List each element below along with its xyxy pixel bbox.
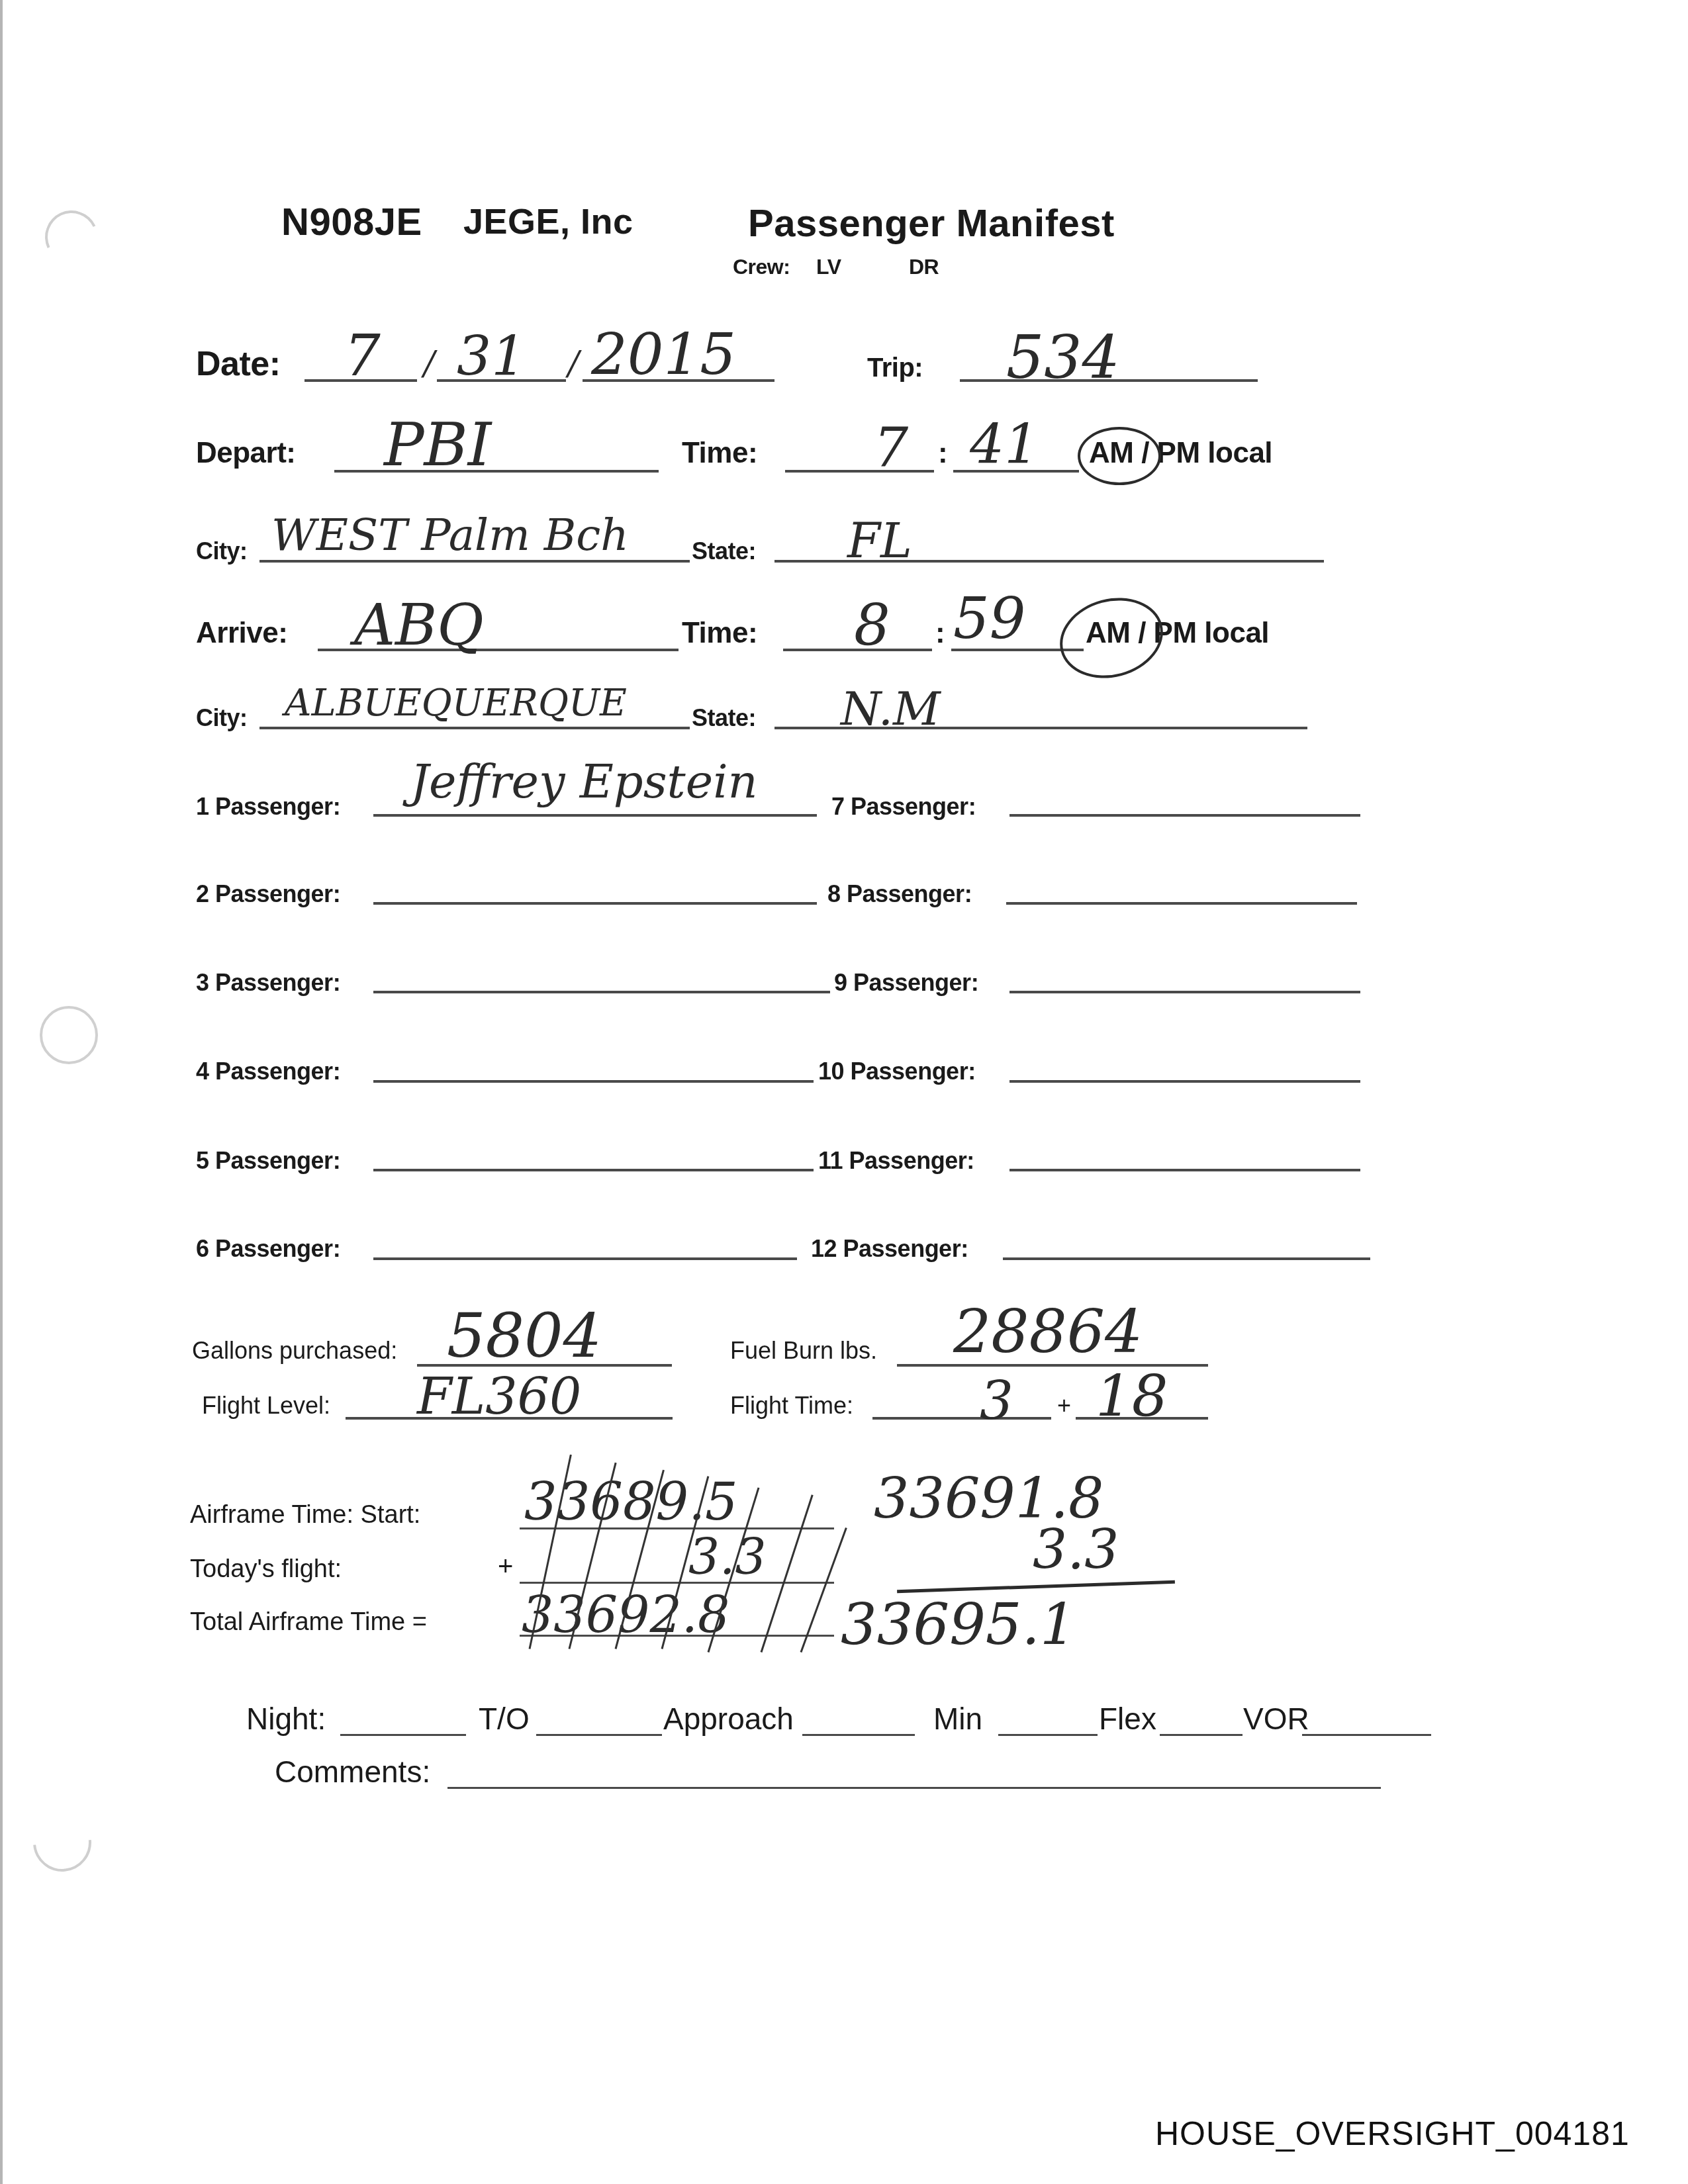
passenger-9-label: 9 Passenger:: [834, 969, 978, 997]
passenger-4-label: 4 Passenger:: [196, 1058, 340, 1085]
passenger-6-line: [373, 1257, 797, 1260]
depart-hour-value[interactable]: 7: [874, 417, 908, 480]
min-line: [998, 1734, 1098, 1736]
arrive-city-value[interactable]: ALBUEQUERQUE: [285, 682, 627, 725]
takeoff-label: T/O: [479, 1701, 530, 1737]
arrive-city-line: [259, 727, 690, 729]
takeoff-line: [536, 1734, 662, 1736]
passenger-12-line: [1003, 1257, 1370, 1260]
flight-level-label: Flight Level:: [202, 1392, 330, 1420]
todays-flight-label: Today's flight:: [190, 1555, 342, 1584]
date-label: Date:: [196, 344, 281, 384]
flex-label: Flex: [1099, 1701, 1156, 1737]
fuel-burn-value[interactable]: 28864: [953, 1297, 1143, 1367]
vor-label: VOR: [1243, 1701, 1309, 1737]
airframe-plus-sign: +: [498, 1552, 513, 1582]
passenger-7-line: [1009, 814, 1360, 817]
depart-city-label: City:: [196, 537, 248, 565]
passenger-3-line: [373, 991, 830, 993]
arrive-state-value[interactable]: N.M: [841, 682, 941, 736]
passenger-4-line: [373, 1080, 814, 1083]
flight-level-value[interactable]: FL360: [417, 1367, 581, 1426]
passenger-1-label: 1 Passenger:: [196, 793, 340, 821]
depart-time-colon: :: [938, 437, 947, 470]
night-line: [340, 1734, 466, 1736]
passenger-7-label: 7 Passenger:: [831, 793, 976, 821]
night-label: Night:: [246, 1701, 326, 1737]
flight-time-label: Flight Time:: [730, 1392, 853, 1420]
depart-hour-line: [785, 470, 934, 473]
depart-label: Depart:: [196, 437, 296, 470]
fuel-burn-label: Fuel Burn lbs.: [730, 1337, 877, 1365]
depart-minute-value[interactable]: 41: [970, 414, 1039, 477]
hole-punch-bottom: [21, 1801, 103, 1884]
hole-punch-top: [38, 203, 106, 271]
crew-member-1: LV: [816, 255, 841, 279]
passenger-11-label: 11 Passenger:: [818, 1147, 974, 1175]
arrive-label: Arrive:: [196, 617, 287, 650]
depart-line: [334, 470, 659, 473]
flex-line: [1160, 1734, 1243, 1736]
total-airframe-label: Total Airframe Time =: [190, 1608, 427, 1637]
arrive-hour-value[interactable]: 8: [854, 592, 890, 659]
arrive-am-circle: [1051, 587, 1172, 690]
comments-line: [447, 1787, 1381, 1789]
company-name: JEGE, Inc: [463, 201, 633, 242]
bates-stamp: HOUSE_OVERSIGHT_004181: [1155, 2115, 1630, 2153]
passenger-9-line: [1009, 991, 1360, 993]
arrive-state-label: State:: [692, 704, 756, 732]
depart-am-circle: [1078, 427, 1161, 485]
passenger-2-label: 2 Passenger:: [196, 880, 340, 908]
trip-label: Trip:: [867, 353, 923, 383]
arrive-city-label: City:: [196, 704, 248, 732]
passenger-8-line: [1006, 902, 1357, 905]
hole-punch-middle: [40, 1006, 98, 1064]
depart-state-value[interactable]: FL: [847, 513, 912, 569]
passenger-10-line: [1009, 1080, 1360, 1083]
passenger-1-line: [373, 814, 817, 817]
passenger-12-label: 12 Passenger:: [811, 1235, 968, 1263]
passenger-10-label: 10 Passenger:: [818, 1058, 976, 1085]
airframe-total-value[interactable]: 33695.1: [841, 1592, 1076, 1658]
date-month-value[interactable]: 7: [344, 323, 381, 389]
min-label: Min: [933, 1701, 982, 1737]
airframe-start-label: Airframe Time: Start:: [190, 1501, 420, 1529]
passenger-3-label: 3 Passenger:: [196, 969, 340, 997]
airframe-today-line: [520, 1582, 834, 1584]
crew-member-2: DR: [909, 255, 939, 279]
form-title: Passenger Manifest: [748, 201, 1115, 246]
passenger-6-label: 6 Passenger:: [196, 1235, 340, 1263]
arrive-airport-value[interactable]: ABQ: [354, 592, 484, 659]
gallons-purchased-label: Gallons purchased:: [192, 1337, 397, 1365]
passenger-5-line: [373, 1169, 814, 1171]
crew-label: Crew:: [733, 255, 790, 279]
passenger-5-label: 5 Passenger:: [196, 1147, 340, 1175]
flight-time-hours-value[interactable]: 3: [980, 1370, 1013, 1432]
airframe-today-value[interactable]: 3.3: [1033, 1519, 1119, 1582]
flight-time-hours-line: [872, 1417, 1051, 1420]
approach-line: [802, 1734, 915, 1736]
depart-airport-value[interactable]: PBI: [384, 410, 491, 480]
date-year-value[interactable]: 2015: [591, 322, 736, 388]
passenger-8-label: 8 Passenger:: [827, 880, 972, 908]
trip-number-value[interactable]: 534: [1006, 323, 1120, 392]
arrive-time-label: Time:: [682, 617, 757, 650]
passenger-11-line: [1009, 1169, 1360, 1171]
depart-city-value[interactable]: WEST Palm Bch: [271, 510, 629, 561]
vor-line: [1302, 1734, 1431, 1736]
date-slash-1: /: [424, 344, 435, 383]
gallons-value[interactable]: 5804: [447, 1300, 602, 1371]
arrive-minute-value[interactable]: 59: [953, 586, 1025, 652]
airframe-today-crossed-value: 3.3: [688, 1529, 767, 1586]
tail-number: N908JE: [281, 200, 422, 244]
date-slash-2: /: [568, 344, 579, 383]
flight-time-separator: +: [1057, 1392, 1071, 1420]
approach-label: Approach: [663, 1701, 794, 1737]
depart-state-label: State:: [692, 537, 756, 565]
comments-label: Comments:: [275, 1754, 430, 1790]
depart-time-label: Time:: [682, 437, 757, 470]
date-day-value[interactable]: 31: [457, 326, 526, 388]
arrive-time-colon: :: [935, 617, 945, 650]
flight-time-minutes-value[interactable]: 18: [1096, 1363, 1168, 1430]
passenger-2-line: [373, 902, 817, 905]
page-edge: [0, 0, 3, 2184]
passenger-1-name[interactable]: Jeffrey Epstein: [410, 754, 758, 809]
